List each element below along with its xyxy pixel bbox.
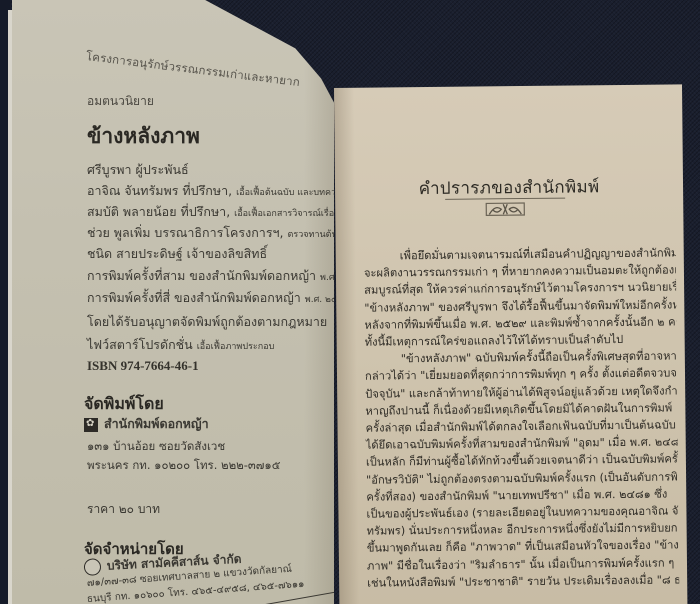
- license-note: โดยได้รับอนุญาตจัดพิมพ์ถูกต้องตามกฎหมาย: [87, 312, 327, 332]
- text-line: เช่นในหนังสือพิมพ์ "ประชาชาติ" รายวัน ปร…: [367, 571, 679, 591]
- illustration-credit: ไฟว์สตาร์โปรดักชั่น เอื้อเฟื้อภาพประกอบ: [87, 335, 274, 355]
- printing-info: การพิมพ์ครั้งที่สี่ ของสำนักพิมพ์ดอกหญ้า…: [87, 288, 350, 308]
- credit-line: อาจิณ จันทรัมพร ที่ปรึกษา, เอื้อเฟื้อต้น…: [87, 181, 347, 201]
- printing-info: การพิมพ์ครั้งที่สาม ของสำนักพิมพ์ดอกหญ้า…: [87, 266, 365, 286]
- ornament-icon: [485, 202, 525, 216]
- book-title: ข้างหลังภาพ: [87, 120, 200, 153]
- right-page: คำปรารภของสำนักพิมพ์ เพื่อยึดมั่นตามเจตน…: [334, 84, 687, 604]
- preface-body: เพื่อยึดมั่นตามเจตนารมณ์ที่เสมือนคำปฏิญญ…: [364, 244, 680, 591]
- publisher-address: ๑๓๑ บ้านอ้อย ซอยวัดสังเวช: [87, 438, 225, 456]
- publisher-name: สำนักพิมพ์ดอกหญ้า: [84, 414, 209, 434]
- credit-line: สมบัติ พลายน้อย ที่ปรึกษา, เอื้อเฟื้อเอก…: [87, 202, 339, 222]
- left-page: โครงการอนุรักษ์วรรณกรรมเก่าและหายาก อมตน…: [12, 0, 334, 604]
- price: ราคา ๒๐ บาท: [87, 500, 160, 519]
- credit-line: ชนิด สายประดิษฐ์ เจ้าของลิขสิทธิ์: [87, 244, 267, 264]
- credit-line: ศรีบูรพา ผู้ประพันธ์: [87, 160, 189, 180]
- publisher-address: พระนคร กท. ๑๐๒๐๐ โทร. ๒๒๒-๓๗๑๕: [87, 457, 280, 475]
- publisher-logo-icon: [84, 418, 98, 432]
- isbn: ISBN 974-7664-46-1: [87, 358, 199, 374]
- gutter-shadow: [334, 88, 359, 604]
- genre-label: อมตนวนิยาย: [87, 92, 154, 111]
- series-name: โครงการอนุรักษ์วรรณกรรมเก่าและหายาก: [85, 48, 301, 92]
- distributor-logo-icon: [84, 558, 102, 576]
- text-line: หลังจากที่พิมพ์ขึ้นเมื่อ พ.ศ. ๒๕๒๙ และพิ…: [364, 313, 676, 333]
